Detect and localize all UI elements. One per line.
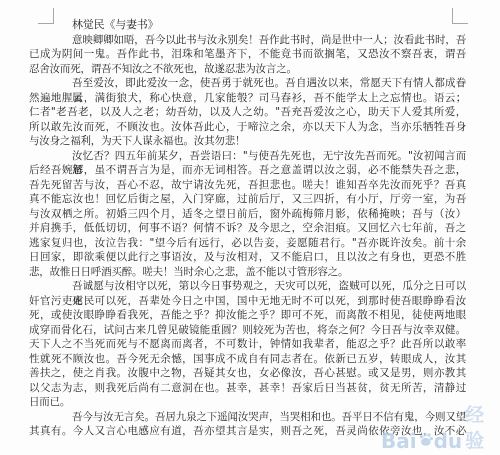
text-line: 善扶之，使之肖我。汝腹中之物，吾疑其女也，女必像汝，吾心甚慰。或又是男，则亦教其 bbox=[29, 366, 466, 381]
text-line: 性就死不顾汝也。吾今死无余憾，国事成不成自有同志者在。依新已五岁，转眼成人，汝其 bbox=[29, 352, 466, 367]
text-line: 意映卿卿如晤，吾今以此书与汝永别矣！吾作此书时，尚是世中一人；汝看此书时，吾 bbox=[29, 33, 466, 48]
text-line: 其真有。今人又言心电感应有道，吾亦望其言是实，则吾之死，吾灵尚依依旁汝也，汝不必 bbox=[29, 424, 466, 439]
text-line: 真不能忘汝也！回忆后街之屋，入门穿廊，过前后厅，又三四折，有小厅，厅旁一室，为吾 bbox=[29, 192, 466, 207]
text-line: 吾至爱汝，即此爱汝一念，使吾勇于就死也。吾自遇汝以来，常愿天下有情人都成眷属； bbox=[29, 76, 466, 91]
text-line: 已成为阴间一鬼。吾作此书，泪珠和笔墨齐下，不能竟书而欲搁笔，又恐汝不察吾衷，谓吾 bbox=[29, 47, 466, 62]
text-line: 悲，故惟日日呼酒买醉。嗟夫！当时余心之悲，盖不能以寸管形容之。 bbox=[29, 265, 466, 280]
text-line: 逃家复归也，汝泣告我："望今后有远行，必以告妾，妾愿随君行。"吾亦既许汝矣。前十… bbox=[29, 236, 466, 251]
text-line: 日而已。 bbox=[29, 395, 466, 410]
text-line: 成穿而骨化石，试问古来几曾见破镜能重圆？则较死为苦也，将奈之何？今日吾与汝幸双健… bbox=[29, 323, 466, 338]
text-line: 忍舍汝而死，谓吾不知汝之不欲死也，故遂忍悲为汝言之。 bbox=[29, 62, 466, 77]
text-line: 并肩携手，低低切切，何事不语？何情不诉？及今思之，空余泪痕。又回忆六七年前，吾之 bbox=[29, 221, 466, 236]
text-line: 与汝身之福利，为天下人谋永福也。汝其勿悲！ bbox=[29, 134, 466, 149]
text-line: 吾诚愿与汝相守以死，第以今日事势观之，天灾可以死，盗贼可以死，瓜分之日可以死， bbox=[29, 279, 466, 294]
text-line: 后经吾婉解，虽不谓吾言为是，而亦无词相答。吾之意盖谓以汝之弱，必不能禁失吾之悲， bbox=[29, 163, 466, 178]
document-page: 林觉民《与妻书》 意映卿卿如晤，吾今以此书与汝永别矣！吾作此书时，尚是世中一人；… bbox=[0, 0, 500, 455]
text-line: 然遍地腥云，满街狼犬，称心快意，几家能彀？司马春衫，吾不能学太上之忘情也。语云： bbox=[29, 91, 466, 106]
text-line: 死，或使汝眼睁睁看我死，吾能之乎？抑汝能之乎？即可不死，而离散不相见，徒使两地眼 bbox=[29, 308, 466, 323]
text-line: 与汝双栖之所。初婚三四个月，适冬之望日前后，窗外疏梅筛月影，依稀掩映；吾与（汝） bbox=[29, 207, 466, 222]
text-line: 吾先死留苦与汝，吾心不忍，故宁请汝先死，吾担悲也。嗟夫！谁知吾卒先汝而死乎？吾真 bbox=[29, 178, 466, 193]
text-line: 天下人之不当死而死与不愿离而离者，不可数计，钟情如我辈者，能忍之乎？此吾所以敢率 bbox=[29, 337, 466, 352]
letter-title: 林觉民《与妻书》 bbox=[29, 18, 466, 33]
letter-body: 林觉民《与妻书》 意映卿卿如晤，吾今以此书与汝永别矣！吾作此书时，尚是世中一人；… bbox=[29, 18, 466, 439]
text-line: 所以敢先汝而死，不顾汝也。汝体吾此心，于啼泣之余，亦以天下人为念，当亦乐牺牲吾身 bbox=[29, 120, 466, 135]
text-line: 吾今与汝无言矣。吾居九泉之下遥闻汝哭声，当哭相和也。吾平日不信有鬼，今则又望 bbox=[29, 410, 466, 425]
watermark-text-jingyan: 经验 bbox=[465, 402, 500, 454]
text-line: 汝忆否？四五年前某夕，吾尝语曰："与使吾先死也，无宁汝先吾而死。"汝初闻言而怒， bbox=[29, 149, 466, 164]
text-line: 以父志为志，则我死后尚有二意洞在也。甚幸，甚幸！吾家后日当甚贫，贫无所苦，清静过 bbox=[29, 381, 466, 396]
text-line: 仁者"老吾老，以及人之老；幼吾幼，以及人之幼。"吾充吾爱汝之心，助天下人爱其所爱… bbox=[29, 105, 466, 120]
text-line: 奸官污吏虐民可以死，吾辈处今日之中国，国中无地无时不可以死，到那时使吾眼睁睁看汝 bbox=[29, 294, 466, 309]
text-line: 日回家，即欲乘便以此行之事语汝，及与汝相对，又不能启口，且以汝之有身也，更恐不胜 bbox=[29, 250, 466, 265]
